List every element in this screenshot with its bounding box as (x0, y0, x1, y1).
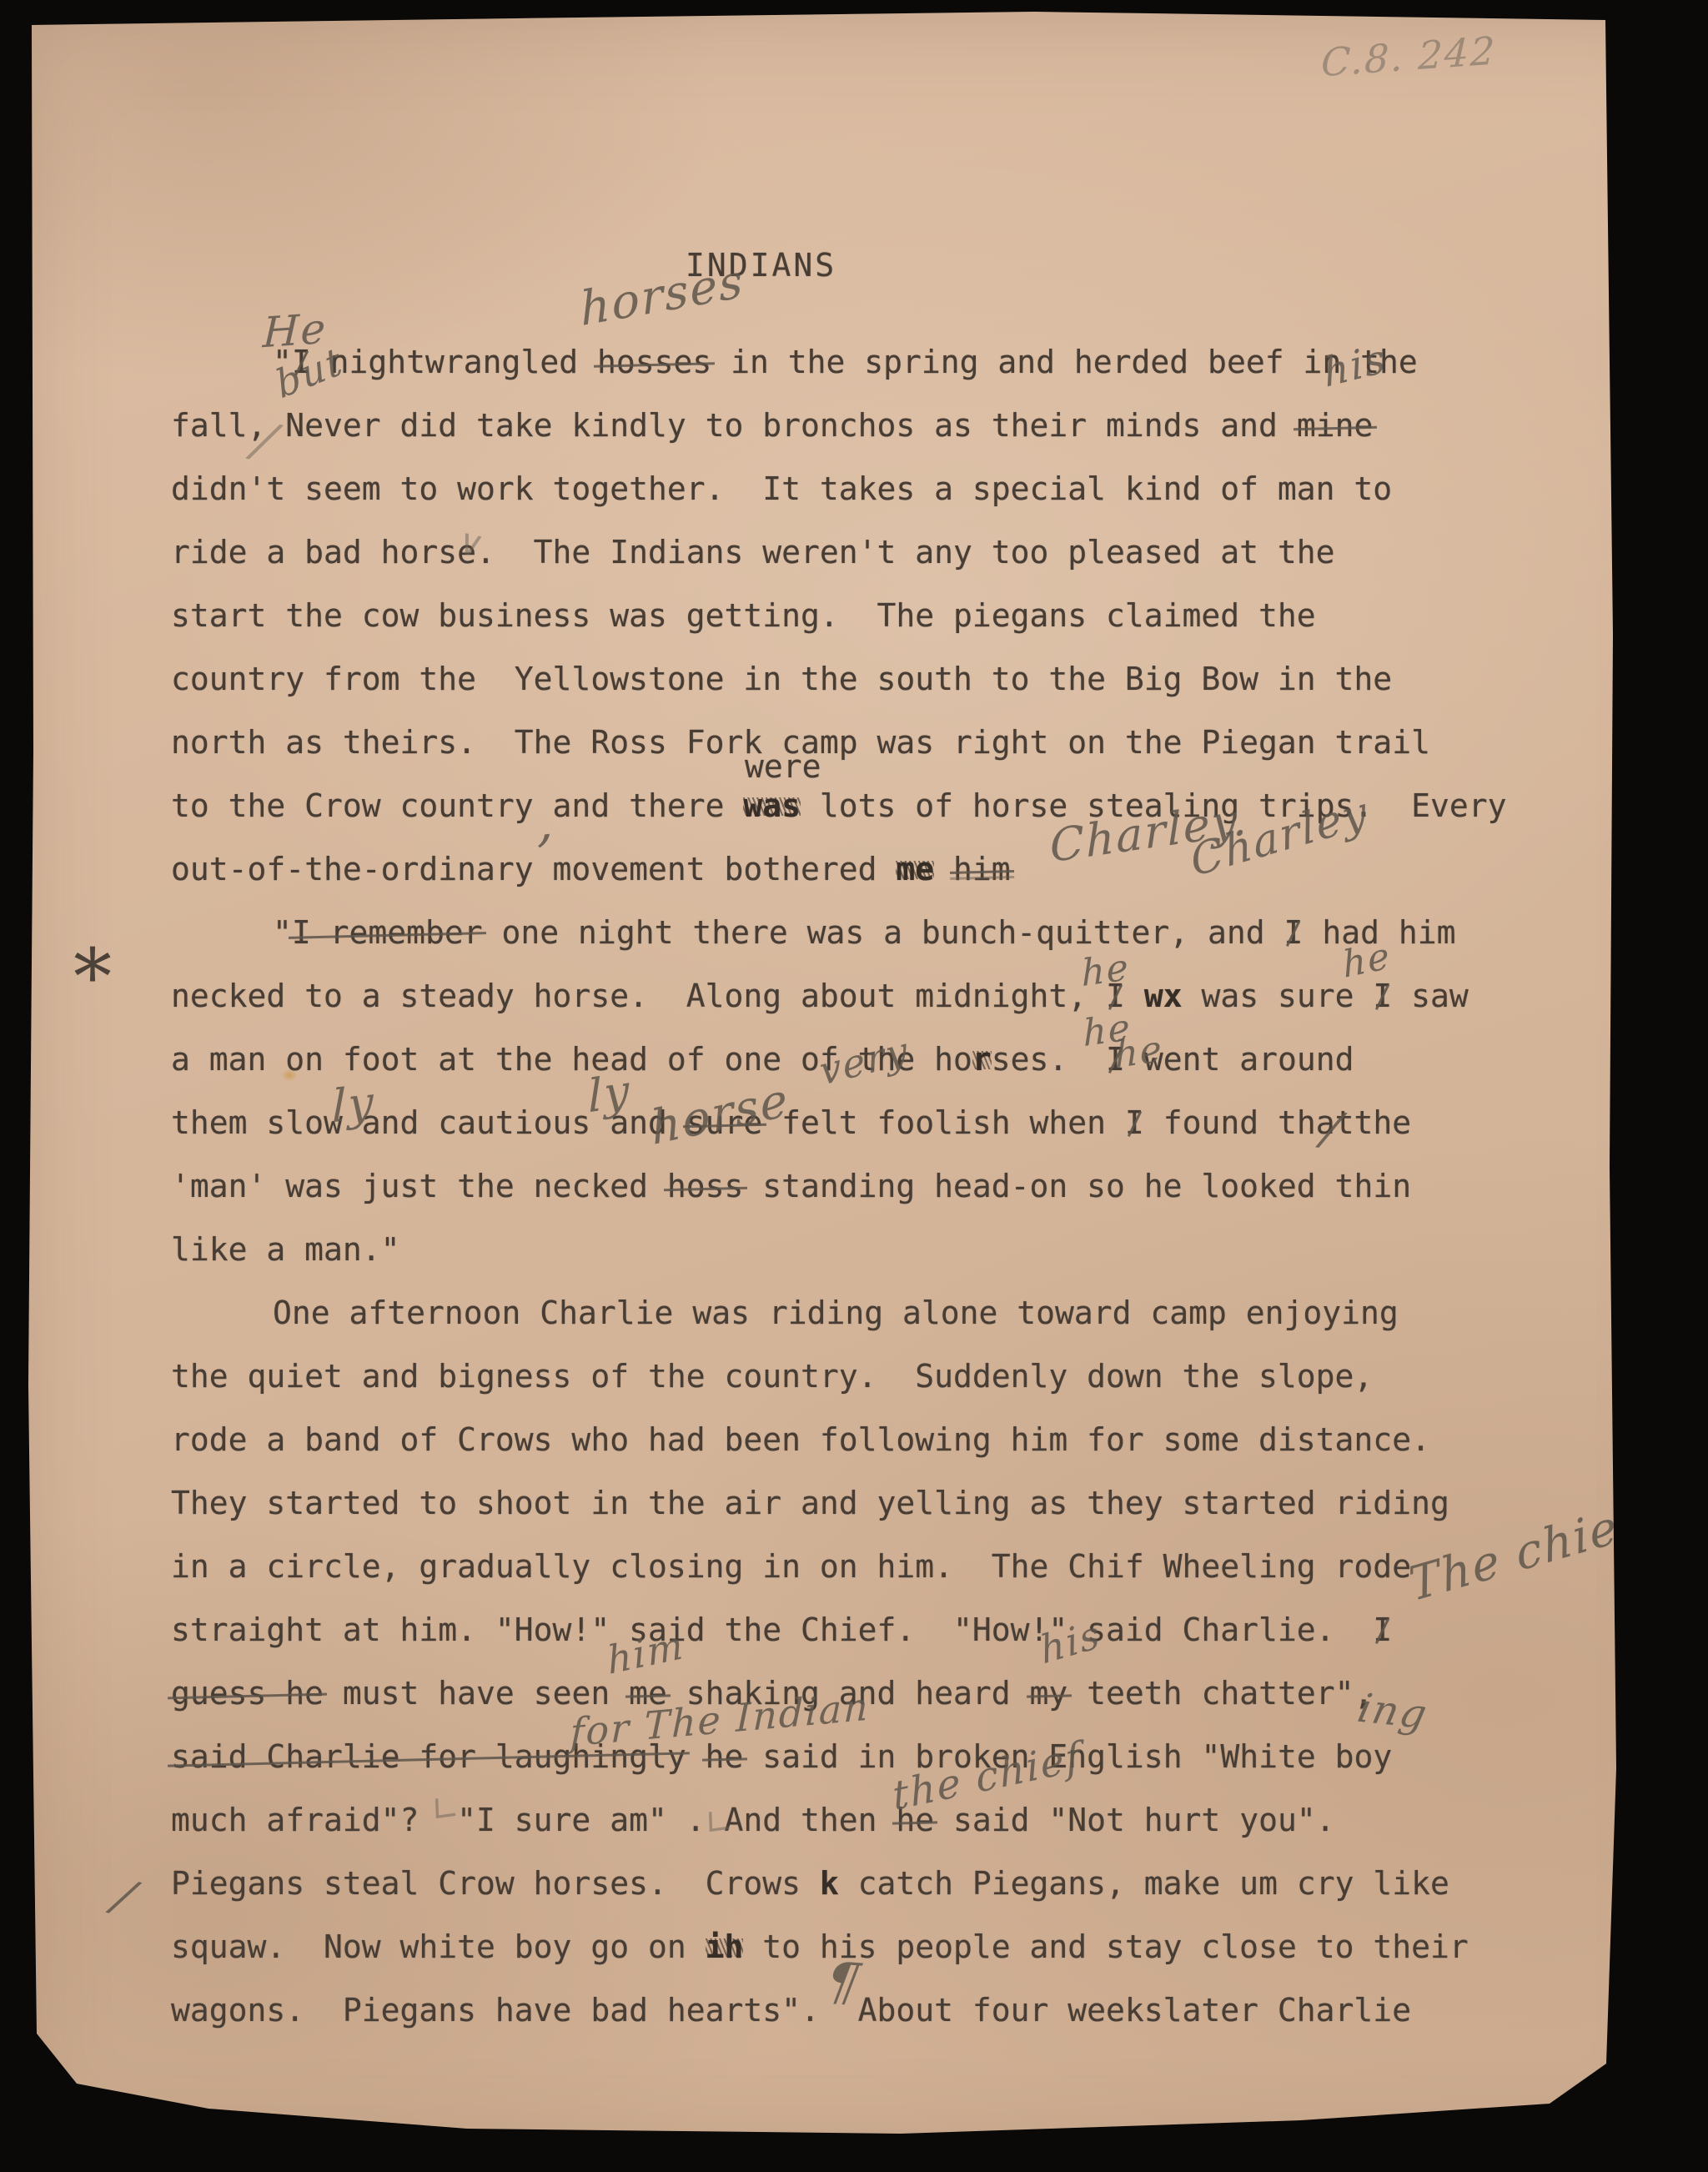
typed-line: They started to shoot in the air and yel… (0, 1471, 1708, 1535)
typed-line: One afternoon Charlie was riding alone t… (0, 1281, 1708, 1345)
pencil-insert-he1: he (1081, 949, 1130, 993)
typed-line: Piegans steal Crow horses. Crows k catch… (0, 1852, 1708, 1915)
typed-line: ride a bad horse. The Indians weren't an… (0, 520, 1708, 584)
typed-line: the quiet and bigness of the country. Su… (0, 1345, 1708, 1408)
typed-text: necked to a steady horse. Along about mi… (171, 978, 1106, 1014)
typed-line: "I remember one night there was a bunch-… (0, 901, 1708, 964)
typed-text: rode a band of Crows who had been follow… (171, 1421, 1430, 1458)
pencil-struck-text: I remember (292, 914, 483, 951)
typed-line: much afraid"? "I sure am" . And then he … (0, 1788, 1708, 1852)
typed-text: start the cow business was getting. The … (171, 597, 1316, 634)
typed-line: "I nightwrangled hosses in the spring an… (0, 330, 1708, 394)
typed-line: 'man' was just the necked hoss standing … (0, 1154, 1708, 1218)
typed-line: them slow and cautious and sure felt foo… (0, 1091, 1708, 1154)
typed-text: said "Not hurt you". (934, 1802, 1334, 1838)
typed-line: north as theirs. The Ross Fork camp was … (0, 711, 1708, 774)
insertion-caret3: ∟ (704, 1802, 736, 1842)
typed-text: " (273, 914, 292, 951)
pencil-insert-ing: ing (1354, 1688, 1432, 1735)
typed-text: fall, Never did take kindly to bronchos … (171, 407, 1297, 444)
typed-text: didn't seem to work together. It takes a… (171, 470, 1392, 507)
typed-line: like a man." (0, 1218, 1708, 1281)
overtyped-text: was (743, 787, 801, 824)
typed-text: squaw. Now white boy go on (171, 1928, 706, 1965)
typed-text: nightwrangled (311, 344, 597, 380)
pencil-insert-he4: he (1114, 1031, 1163, 1074)
typed-text: to the Crow country and there (171, 787, 743, 824)
pencil-struck-text: he (706, 1738, 744, 1775)
typed-insert-were: were (745, 751, 821, 782)
typed-text: saw (1392, 978, 1469, 1014)
typed-text: found thatthe (1144, 1104, 1411, 1141)
typed-text: in a circle, gradually closing in on him… (171, 1548, 1411, 1585)
typed-text: One afternoon Charlie was riding alone t… (273, 1295, 1399, 1331)
typed-text: catch Piegans, make um cry like (839, 1865, 1449, 1902)
pencil-struck-text: him (953, 851, 1011, 887)
typed-line: rode a band of Crows who had been follow… (0, 1408, 1708, 1471)
typed-text: teeth chatter", (1067, 1675, 1373, 1712)
typed-text: They started to shoot in the air and yel… (171, 1485, 1449, 1521)
pencil-slashed-text: I (1373, 978, 1392, 1014)
typed-text: country from the Yellowstone in the sout… (171, 661, 1392, 697)
typed-text: like a man." (171, 1231, 400, 1268)
typed-text: one night there was a bunch-quitter, and (483, 914, 1284, 951)
catalog-number: C.8. 242 (1320, 31, 1497, 82)
margin-asterisk: * (73, 939, 112, 1016)
overtyped-text: wx (1144, 978, 1183, 1014)
pencil-insert-horses: horses (579, 258, 746, 334)
pencil-slashed-text: I (1284, 914, 1304, 951)
typed-line: out-of-the-ordinary movement bothered me… (0, 837, 1708, 901)
typed-line: necked to a steady horse. Along about mi… (0, 964, 1708, 1028)
typed-text: the quiet and bigness of the country. Su… (171, 1358, 1373, 1395)
overtyped-text: me (896, 851, 934, 887)
typed-line: start the cow business was getting. The … (0, 584, 1708, 647)
overtyped-text: k (820, 1865, 839, 1902)
typed-text: in the spring and herded beef in the (711, 344, 1417, 380)
typed-text: straight at him. "How!" said the Chief. … (171, 1611, 1373, 1648)
typed-text: wagons. Piegans have bad hearts". About … (171, 1992, 1411, 2029)
typed-line: said Charlie for laughingly he said in b… (0, 1725, 1708, 1788)
pencil-struck-text: hosses (597, 344, 711, 380)
typed-line: straight at him. "How!" said the Chief. … (0, 1598, 1708, 1662)
typed-line: to the Crow country and there was lots o… (0, 774, 1708, 837)
typed-text: out-of-the-ordinary movement bothered (171, 851, 896, 887)
manuscript-page: INDIANS "I nightwrangled hosses in the s… (0, 0, 1708, 2172)
pencil-struck-text: hoss (667, 1168, 744, 1204)
insertion-caret2: ∟ (430, 1789, 462, 1828)
pencil-insert-ly1: ly (332, 1080, 374, 1130)
pencil-insert-he2: he (1341, 938, 1393, 984)
typed-text: ride a bad horse. The Indians weren't an… (171, 534, 1335, 571)
inserted-comma: , (537, 796, 555, 850)
typed-text: 'man' was just the necked (171, 1168, 667, 1204)
overtyped-text: ih (706, 1928, 744, 1965)
typed-text (934, 851, 953, 887)
typed-text-block: "I nightwrangled hosses in the spring an… (0, 330, 1708, 2042)
typed-line: country from the Yellowstone in the sout… (0, 647, 1708, 711)
typed-text: felt foolish when (762, 1104, 1125, 1141)
pencil-insert-ly2: ly (587, 1068, 631, 1119)
overtyped-text: r (972, 1041, 992, 1078)
pencil-slashed-text: I (1125, 1104, 1144, 1141)
typed-text: must have seen (324, 1675, 629, 1712)
pencil-struck-text: my (1030, 1675, 1068, 1712)
typed-text: Piegans steal Crow horses. Crows (171, 1865, 820, 1902)
photo-background: INDIANS "I nightwrangled hosses in the s… (0, 0, 1708, 2172)
pencil-slashed-text: I (1373, 1611, 1392, 1648)
typed-text: much afraid"? "I sure am" . And then (171, 1802, 896, 1838)
pencil-struck-text: mine (1297, 407, 1374, 444)
typed-text: standing head-on so he looked thin (743, 1168, 1411, 1204)
pencil-struck-text: guess he (171, 1675, 324, 1712)
